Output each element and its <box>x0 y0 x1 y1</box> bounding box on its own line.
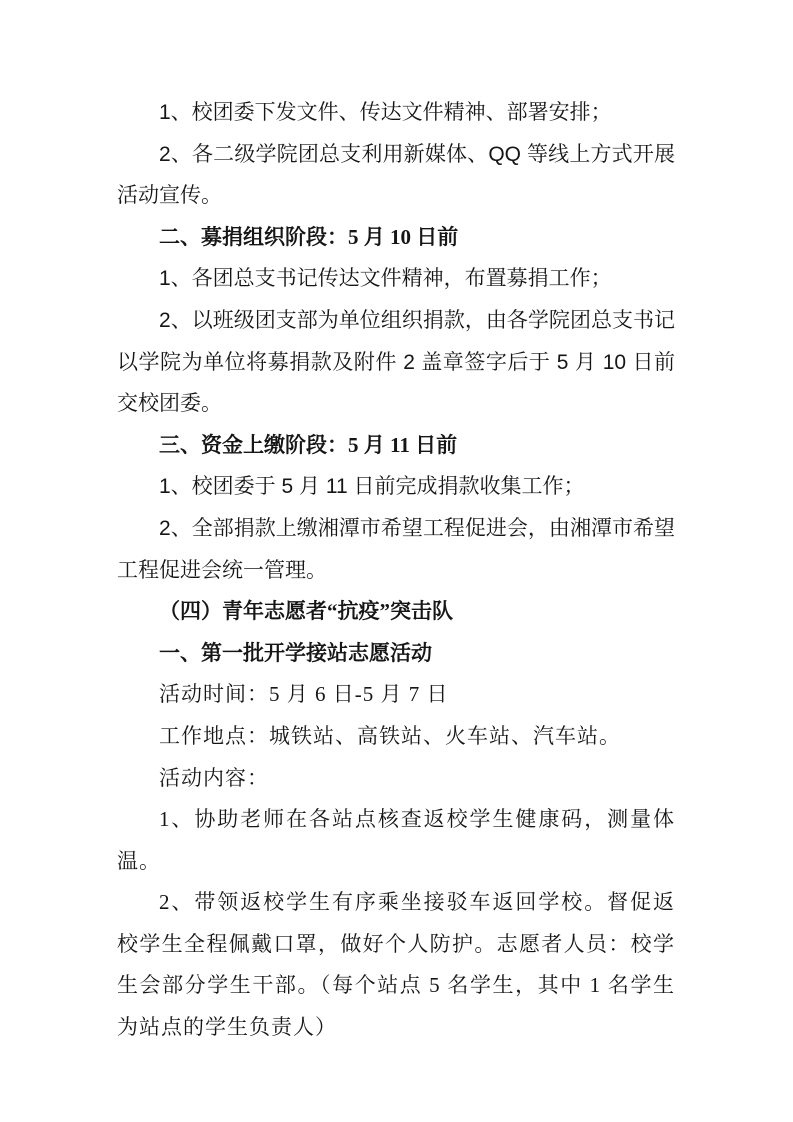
paragraph: 2、以班级团支部为单位组织捐款，由各学院团总支书记以学院为单位将募捐款及附件 2… <box>117 300 675 425</box>
paragraph: 二、募捐组织阶段：5 月 10 日前 <box>117 217 675 259</box>
paragraph: 1、校团委下发文件、传达文件精神、部署安排； <box>117 92 675 134</box>
document-page: 1、校团委下发文件、传达文件精神、部署安排；2、各二级学院团总支利用新媒体、QQ… <box>0 0 793 1122</box>
paragraph: 1、校团委于 5 月 11 日前完成捐款收集工作； <box>117 466 675 508</box>
paragraph: 2、全部捐款上缴湘潭市希望工程促进会，由湘潭市希望工程促进会统一管理。 <box>117 508 675 591</box>
paragraph: 活动时间：5 月 6 日-5 月 7 日 <box>117 674 675 716</box>
paragraph: 2、各二级学院团总支利用新媒体、QQ 等线上方式开展活动宣传。 <box>117 134 675 217</box>
paragraph: （四）青年志愿者“抗疫”突击队 <box>117 591 675 633</box>
paragraph: 三、资金上缴阶段：5 月 11 日前 <box>117 425 675 467</box>
document-body: 1、校团委下发文件、传达文件精神、部署安排；2、各二级学院团总支利用新媒体、QQ… <box>117 92 675 1049</box>
paragraph: 2、带领返校学生有序乘坐接驳车返回学校。督促返校学生全程佩戴口罩，做好个人防护。… <box>117 882 675 1048</box>
paragraph: 1、各团总支书记传达文件精神，布置募捐工作； <box>117 258 675 300</box>
paragraph: 1、协助老师在各站点核查返校学生健康码，测量体温。 <box>117 799 675 882</box>
paragraph: 一、第一批开学接站志愿活动 <box>117 633 675 675</box>
paragraph: 工作地点：城铁站、高铁站、火车站、汽车站。 <box>117 716 675 758</box>
paragraph: 活动内容： <box>117 758 675 800</box>
